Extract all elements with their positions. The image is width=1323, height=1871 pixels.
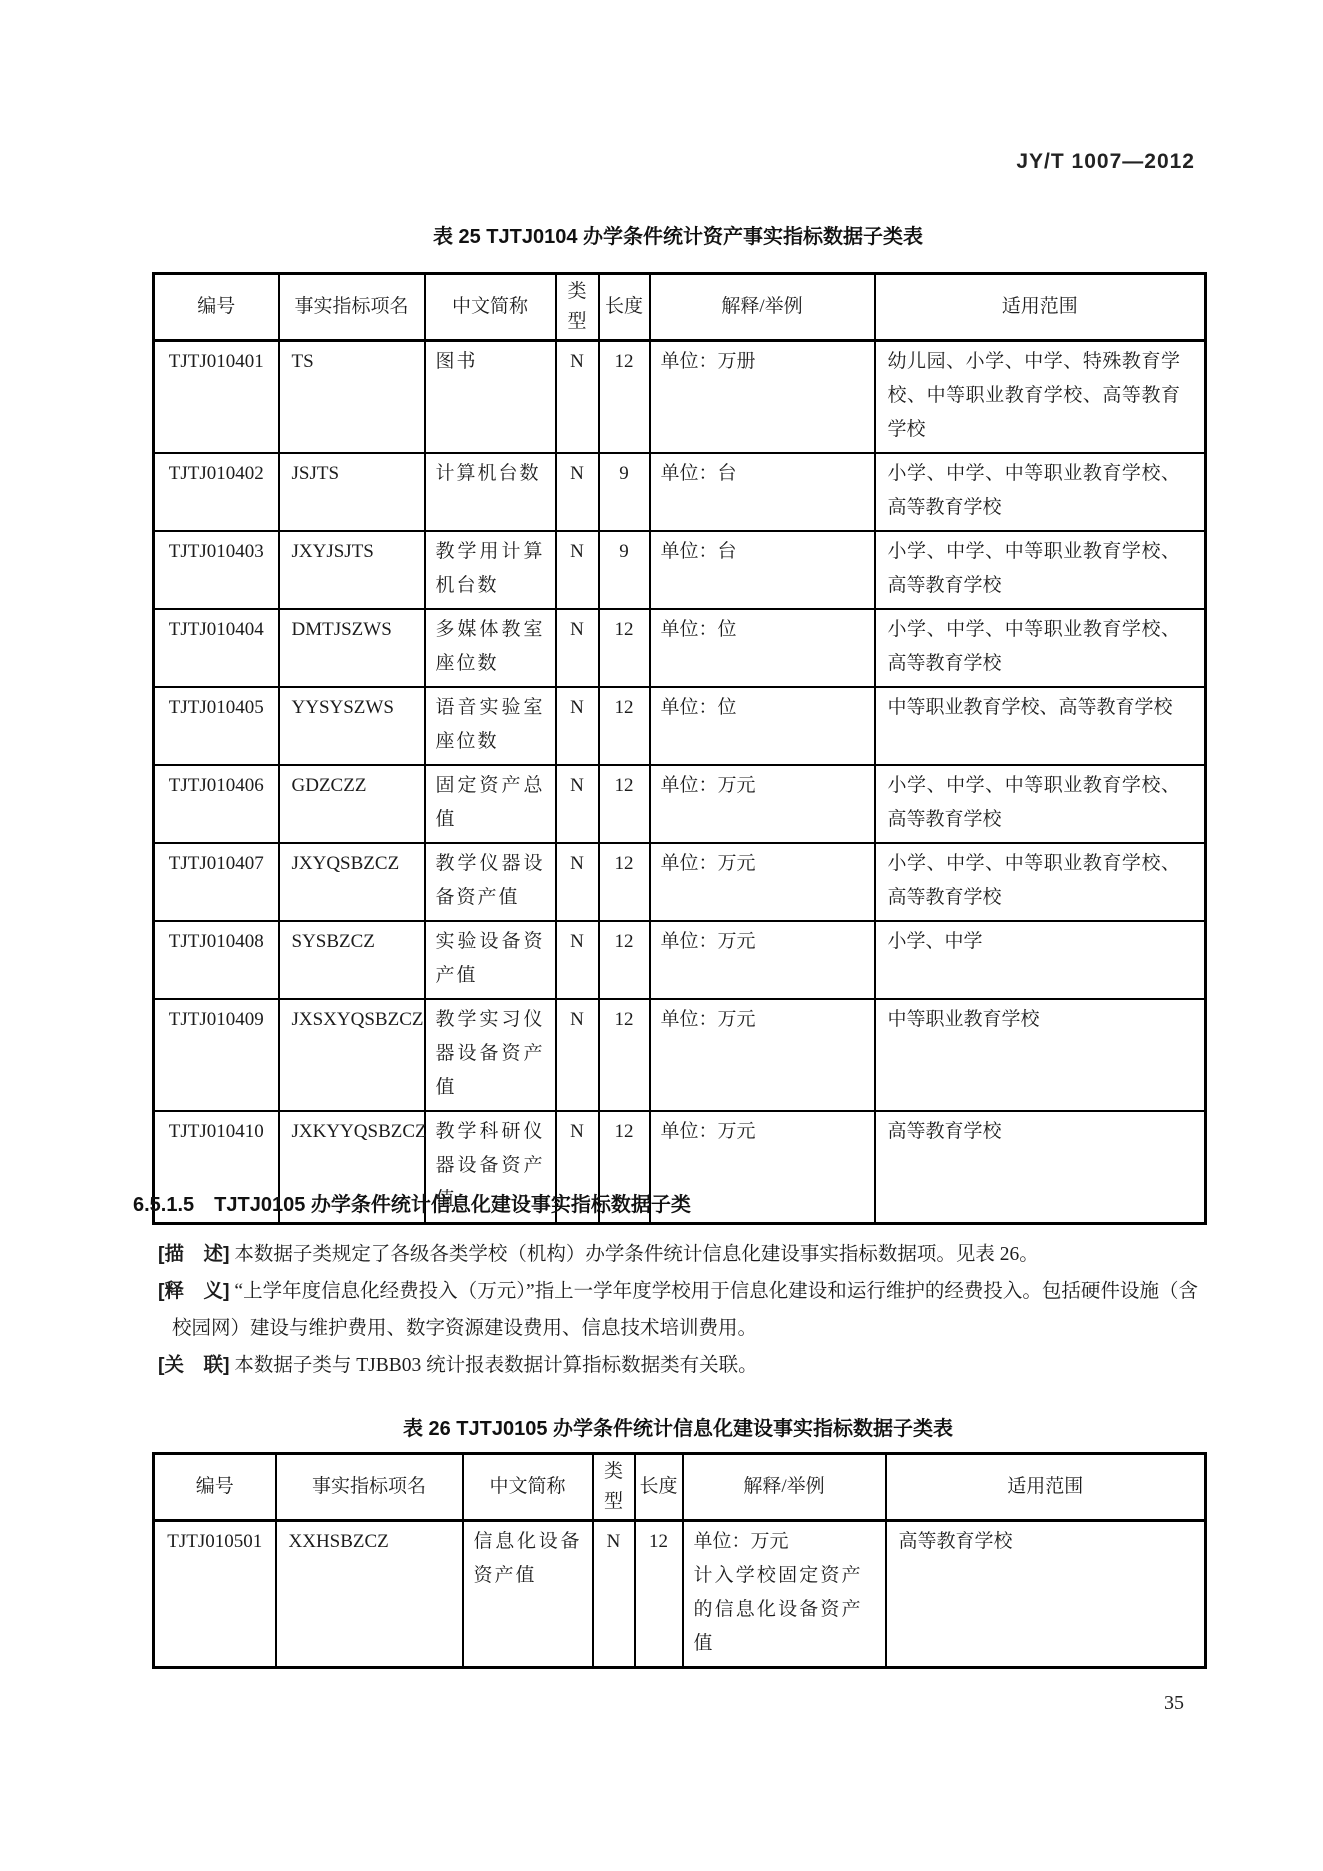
cell-type: N bbox=[556, 765, 599, 843]
cell-len: 12 bbox=[599, 687, 650, 765]
table-row: TJTJ010404DMTJSZWS多媒体教室座位数N12单位：位小学、中学、中… bbox=[154, 609, 1206, 687]
table26-caption: 表 26 TJTJ0105 办学条件统计信息化建设事实指标数据子类表 bbox=[152, 1412, 1204, 1441]
cell-cn: 实验设备资产值 bbox=[425, 921, 556, 999]
cell-type: N bbox=[556, 921, 599, 999]
column-header: 编号 bbox=[154, 1454, 276, 1521]
cell-scope: 小学、中学、中等职业教育学校、高等教育学校 bbox=[875, 453, 1206, 531]
cell-len: 12 bbox=[599, 341, 650, 454]
cell-name: JSJTS bbox=[279, 453, 425, 531]
column-header: 适用范围 bbox=[886, 1454, 1206, 1521]
cell-desc: 单位：万册 bbox=[650, 341, 875, 454]
cell-id: TJTJ010406 bbox=[154, 765, 279, 843]
cell-scope: 中等职业教育学校、高等教育学校 bbox=[875, 687, 1206, 765]
cell-len: 9 bbox=[599, 453, 650, 531]
cell-name: JXYQSBZCZ bbox=[279, 843, 425, 921]
column-header: 事实指标项名 bbox=[279, 274, 425, 341]
cell-cn: 图书 bbox=[425, 341, 556, 454]
cell-len: 9 bbox=[599, 531, 650, 609]
cell-id: TJTJ010407 bbox=[154, 843, 279, 921]
cell-scope: 幼儿园、小学、中学、特殊教育学校、中等职业教育学校、高等教育学校 bbox=[875, 341, 1206, 454]
cell-desc: 单位：万元 计入学校固定资产的信息化设备资产值 bbox=[683, 1521, 886, 1668]
column-header: 类型 bbox=[593, 1454, 635, 1521]
cell-desc: 单位：万元 bbox=[650, 765, 875, 843]
cell-len: 12 bbox=[599, 999, 650, 1111]
cell-cn: 计算机台数 bbox=[425, 453, 556, 531]
table-row: TJTJ010408SYSBZCZ实验设备资产值N12单位：万元小学、中学 bbox=[154, 921, 1206, 999]
column-header: 编号 bbox=[154, 274, 279, 341]
cell-name: GDZCZZ bbox=[279, 765, 425, 843]
column-header: 中文简称 bbox=[425, 274, 556, 341]
table-row: TJTJ010501XXHSBZCZ信息化设备资产值N12单位：万元 计入学校固… bbox=[154, 1521, 1206, 1668]
cell-scope: 小学、中学、中等职业教育学校、高等教育学校 bbox=[875, 765, 1206, 843]
cell-len: 12 bbox=[599, 765, 650, 843]
cell-scope: 小学、中学 bbox=[875, 921, 1206, 999]
table25-caption: 表 25 TJTJ0104 办学条件统计资产事实指标数据子类表 bbox=[152, 220, 1204, 249]
column-header: 适用范围 bbox=[875, 274, 1206, 341]
cell-desc: 单位：万元 bbox=[650, 843, 875, 921]
cell-type: N bbox=[556, 453, 599, 531]
cell-cn: 语音实验室座位数 bbox=[425, 687, 556, 765]
cell-scope: 小学、中学、中等职业教育学校、高等教育学校 bbox=[875, 531, 1206, 609]
cell-name: XXHSBZCZ bbox=[276, 1521, 463, 1668]
cell-name: JXYJSJTS bbox=[279, 531, 425, 609]
cell-cn: 多媒体教室座位数 bbox=[425, 609, 556, 687]
table25-asset-fact-indicators: 编号事实指标项名中文简称类型长度解释/举例适用范围 TJTJ010401TS图书… bbox=[152, 272, 1207, 1225]
column-header: 解释/举例 bbox=[650, 274, 875, 341]
cell-scope: 中等职业教育学校 bbox=[875, 999, 1206, 1111]
cell-type: N bbox=[556, 843, 599, 921]
cell-len: 12 bbox=[599, 609, 650, 687]
cell-name: SYSBZCZ bbox=[279, 921, 425, 999]
cell-cn: 固定资产总值 bbox=[425, 765, 556, 843]
paragraph: [释 义] “上学年度信息化经费投入（万元）”指上一学年度学校用于信息化建设和运… bbox=[158, 1273, 1198, 1347]
paragraph: [关 联] 本数据子类与 TJBB03 统计报表数据计算指标数据类有关联。 bbox=[158, 1347, 1198, 1384]
cell-scope: 小学、中学、中等职业教育学校、高等教育学校 bbox=[875, 609, 1206, 687]
cell-len: 12 bbox=[599, 921, 650, 999]
paragraph: [描 述] 本数据子类规定了各级各类学校（机构）办学条件统计信息化建设事实指标数… bbox=[158, 1236, 1198, 1273]
cell-cn: 教学实习仪器设备资产值 bbox=[425, 999, 556, 1111]
cell-len: 12 bbox=[635, 1521, 683, 1668]
cell-desc: 单位：台 bbox=[650, 531, 875, 609]
cell-desc: 单位：位 bbox=[650, 687, 875, 765]
cell-id: TJTJ010401 bbox=[154, 341, 279, 454]
column-header: 长度 bbox=[599, 274, 650, 341]
table-header-row: 编号事实指标项名中文简称类型长度解释/举例适用范围 bbox=[154, 1454, 1206, 1521]
cell-type: N bbox=[556, 531, 599, 609]
cell-cn: 教学仪器设备资产值 bbox=[425, 843, 556, 921]
page-number: 35 bbox=[1164, 1692, 1184, 1715]
table-row: TJTJ010406GDZCZZ固定资产总值N12单位：万元小学、中学、中等职业… bbox=[154, 765, 1206, 843]
column-header: 中文简称 bbox=[463, 1454, 593, 1521]
column-header: 类型 bbox=[556, 274, 599, 341]
cell-type: N bbox=[593, 1521, 635, 1668]
table-row: TJTJ010401TS图书N12单位：万册幼儿园、小学、中学、特殊教育学校、中… bbox=[154, 341, 1206, 454]
paragraph-label: [关 联] bbox=[158, 1354, 230, 1376]
section-paragraphs: [描 述] 本数据子类规定了各级各类学校（机构）办学条件统计信息化建设事实指标数… bbox=[158, 1236, 1198, 1384]
paragraph-label: [描 述] bbox=[158, 1243, 230, 1265]
cell-type: N bbox=[556, 687, 599, 765]
cell-desc: 单位：位 bbox=[650, 609, 875, 687]
document-page: JY/T 1007—2012 表 25 TJTJ0104 办学条件统计资产事实指… bbox=[0, 0, 1323, 1871]
cell-id: TJTJ010408 bbox=[154, 921, 279, 999]
cell-scope: 高等教育学校 bbox=[875, 1111, 1206, 1224]
cell-type: N bbox=[556, 999, 599, 1111]
cell-type: N bbox=[556, 341, 599, 454]
cell-cn: 信息化设备资产值 bbox=[463, 1521, 593, 1668]
table-row: TJTJ010402JSJTS计算机台数N9单位：台小学、中学、中等职业教育学校… bbox=[154, 453, 1206, 531]
cell-name: JXSXYQSBZCZ bbox=[279, 999, 425, 1111]
cell-id: TJTJ010405 bbox=[154, 687, 279, 765]
cell-type: N bbox=[556, 609, 599, 687]
cell-name: TS bbox=[279, 341, 425, 454]
cell-len: 12 bbox=[599, 843, 650, 921]
cell-id: TJTJ010409 bbox=[154, 999, 279, 1111]
table-header-row: 编号事实指标项名中文简称类型长度解释/举例适用范围 bbox=[154, 274, 1206, 341]
cell-id: TJTJ010501 bbox=[154, 1521, 276, 1668]
table-row: TJTJ010409JXSXYQSBZCZ教学实习仪器设备资产值N12单位：万元… bbox=[154, 999, 1206, 1111]
cell-name: YYSYSZWS bbox=[279, 687, 425, 765]
table26-informatization-fact-indicators: 编号事实指标项名中文简称类型长度解释/举例适用范围 TJTJ010501XXHS… bbox=[152, 1452, 1207, 1669]
cell-scope: 高等教育学校 bbox=[886, 1521, 1206, 1668]
cell-cn: 教学用计算机台数 bbox=[425, 531, 556, 609]
cell-desc: 单位：万元 bbox=[650, 921, 875, 999]
cell-desc: 单位：台 bbox=[650, 453, 875, 531]
column-header: 长度 bbox=[635, 1454, 683, 1521]
cell-scope: 小学、中学、中等职业教育学校、高等教育学校 bbox=[875, 843, 1206, 921]
cell-id: TJTJ010403 bbox=[154, 531, 279, 609]
cell-id: TJTJ010402 bbox=[154, 453, 279, 531]
table-row: TJTJ010403JXYJSJTS教学用计算机台数N9单位：台小学、中学、中等… bbox=[154, 531, 1206, 609]
section-heading-6-5-1-5: 6.5.1.5 TJTJ0105 办学条件统计信息化建设事实指标数据子类 bbox=[133, 1188, 691, 1217]
cell-desc: 单位：万元 bbox=[650, 999, 875, 1111]
table-row: TJTJ010407JXYQSBZCZ教学仪器设备资产值N12单位：万元小学、中… bbox=[154, 843, 1206, 921]
cell-id: TJTJ010404 bbox=[154, 609, 279, 687]
table-row: TJTJ010405YYSYSZWS语音实验室座位数N12单位：位中等职业教育学… bbox=[154, 687, 1206, 765]
paragraph-label: [释 义] bbox=[158, 1280, 230, 1302]
cell-name: DMTJSZWS bbox=[279, 609, 425, 687]
column-header: 解释/举例 bbox=[683, 1454, 886, 1521]
document-standard-code: JY/T 1007—2012 bbox=[1016, 150, 1195, 174]
column-header: 事实指标项名 bbox=[276, 1454, 463, 1521]
